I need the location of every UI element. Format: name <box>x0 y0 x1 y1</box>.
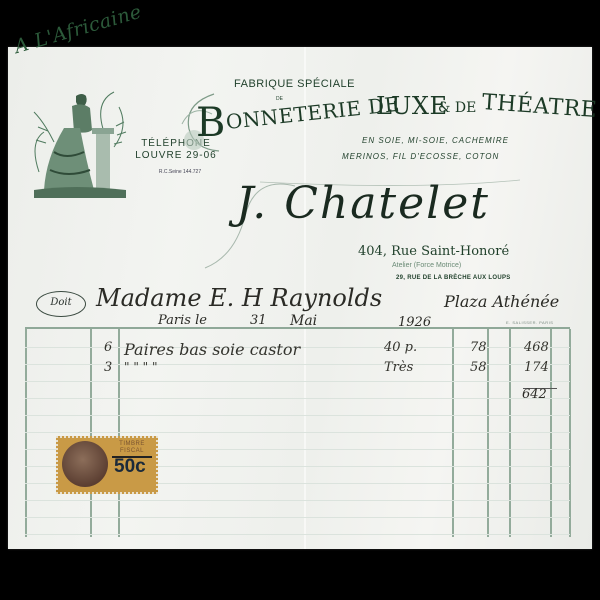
atelier-label: Atelier (Force Motrice) <box>392 262 461 269</box>
column-rule <box>487 329 489 537</box>
address: 404, Rue Saint-Honoré <box>358 244 509 259</box>
column-rule <box>569 329 571 537</box>
column-rule <box>550 329 552 537</box>
column-rule <box>90 329 92 537</box>
row-unit-price: 78 <box>470 340 487 355</box>
row-rule <box>25 415 570 416</box>
row-rule <box>25 500 570 501</box>
africaine-illustration-icon <box>24 52 136 198</box>
column-rule <box>452 329 454 537</box>
row-rule <box>25 534 570 535</box>
column-rule <box>25 329 27 537</box>
materials-line-1: en Soie, Mi-Soie, Cachemire <box>362 136 509 145</box>
marianne-medallion-icon <box>62 441 108 487</box>
place-date-prefix: Paris le <box>158 313 207 328</box>
row-rule <box>25 398 570 399</box>
column-rule <box>509 329 511 537</box>
stamp-label-line-1: TIMBRE <box>110 441 154 448</box>
customer-location: Plaza Athénée <box>444 292 559 311</box>
row-qty: 3 <box>104 360 112 375</box>
atelier-address: 29, Rue de la Brèche aux Loups <box>396 275 511 281</box>
stamp-label-line-2: FISCAL <box>110 448 154 455</box>
printer-mark: E. SALISSER. PARIS <box>506 320 553 325</box>
row-detail: 40 p. <box>384 340 417 355</box>
heading-word-bonneterie: ONNETERIE DE <box>225 92 401 134</box>
proprietor-name: J. Chatelet <box>236 178 490 229</box>
row-description: Paires bas soie castor <box>124 340 300 359</box>
heading-initial: B <box>196 100 225 146</box>
stamp-label: TIMBRE FISCAL <box>110 441 154 455</box>
invoice-total: 642 <box>522 387 547 402</box>
invoice-day: 31 <box>250 313 267 328</box>
row-unit-price: 58 <box>470 360 487 375</box>
row-amount: 174 <box>524 360 549 375</box>
materials-line-2: Merinos, Fil d'Ecosse, Coton <box>342 152 499 161</box>
row-description: " " " " <box>124 360 158 374</box>
customer-name: Madame E. H Raynolds <box>96 284 382 312</box>
heading-word-luxe: LUXE <box>376 92 447 120</box>
row-rule <box>25 517 570 518</box>
column-rule <box>118 329 120 537</box>
registry-number: R.C.Seine 144.727 <box>140 169 220 175</box>
heading-word-de: & DE <box>438 100 476 116</box>
row-detail: Très <box>384 360 413 375</box>
row-amount: 468 <box>524 340 549 355</box>
doit-cartouche: Doit <box>36 291 86 317</box>
row-rule <box>25 381 570 382</box>
stamp-value: 50c <box>114 456 146 478</box>
row-rule <box>25 432 570 433</box>
row-qty: 6 <box>104 340 112 355</box>
fiscal-stamp: TIMBRE FISCAL 50c <box>56 436 158 494</box>
